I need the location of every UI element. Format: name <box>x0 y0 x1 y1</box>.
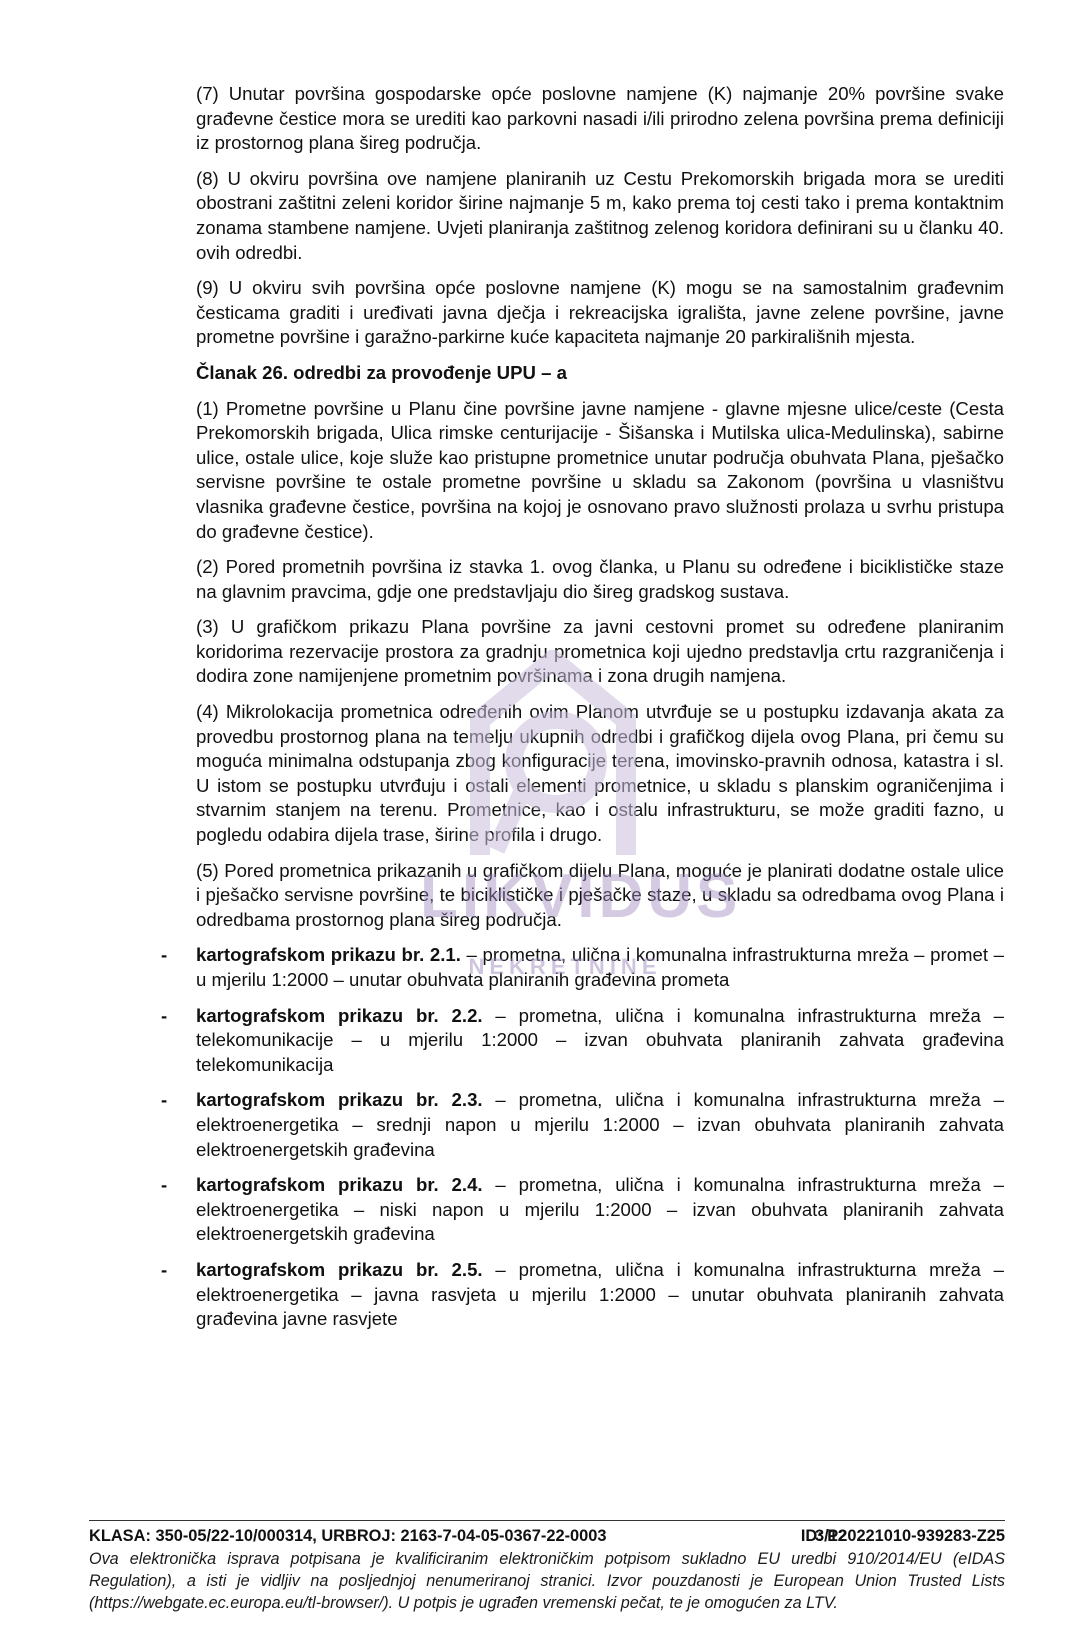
article-paragraph-4: (4) Mikrolokacija prometnica određenih o… <box>196 700 1004 848</box>
article-heading: Članak 26. odredbi za provođenje UPU – a <box>196 361 1004 386</box>
bullet-marker: - <box>161 943 167 968</box>
list-item: -kartografskom prikazu br. 2.1. – promet… <box>196 943 1004 992</box>
article-paragraph-1: (1) Prometne površine u Planu čine površ… <box>196 397 1004 545</box>
paragraph-7: (7) Unutar površina gospodarske opće pos… <box>196 82 1004 156</box>
bullet-title: kartografskom prikazu br. 2.2. <box>196 1005 483 1026</box>
document-body: (7) Unutar površina gospodarske opće pos… <box>196 82 1004 1343</box>
bullet-title: kartografskom prikazu br. 2.1. <box>196 944 461 965</box>
bullet-marker: - <box>161 1258 167 1283</box>
document-id: ID: P20221010-939283-Z25 <box>801 1525 1005 1547</box>
article-paragraph-5: (5) Pored prometnica prikazanih u grafič… <box>196 859 1004 933</box>
article-paragraph-2: (2) Pored prometnih površina iz stavka 1… <box>196 555 1004 604</box>
list-item: -kartografskom prikazu br. 2.4. – promet… <box>196 1173 1004 1247</box>
bullet-marker: - <box>161 1088 167 1113</box>
footer-klasa: KLASA: 350-05/22-10/000314, URBROJ: 2163… <box>89 1525 607 1547</box>
bullet-title: kartografskom prikazu br. 2.4. <box>196 1174 483 1195</box>
list-item: -kartografskom prikazu br. 2.2. – promet… <box>196 1004 1004 1078</box>
article-paragraph-3: (3) U grafičkom prikazu Plana površine z… <box>196 615 1004 689</box>
bullet-title: kartografskom prikazu br. 2.5. <box>196 1259 483 1280</box>
bullet-title: kartografskom prikazu br. 2.3. <box>196 1089 483 1110</box>
bullet-marker: - <box>161 1173 167 1198</box>
footer-meta: KLASA: 350-05/22-10/000314, URBROJ: 2163… <box>89 1525 1005 1547</box>
footer-divider <box>89 1520 1005 1521</box>
list-item: -kartografskom prikazu br. 2.3. – promet… <box>196 1088 1004 1162</box>
signature-note: Ova elektronička isprava potpisana je kv… <box>89 1548 1005 1614</box>
document-page: (7) Unutar površina gospodarske opće pos… <box>0 0 1087 1639</box>
paragraph-8: (8) U okviru površina ove namjene planir… <box>196 167 1004 265</box>
paragraph-9: (9) U okviru svih površina opće poslovne… <box>196 276 1004 350</box>
bullet-marker: - <box>161 1004 167 1029</box>
list-item: -kartografskom prikazu br. 2.5. – promet… <box>196 1258 1004 1332</box>
